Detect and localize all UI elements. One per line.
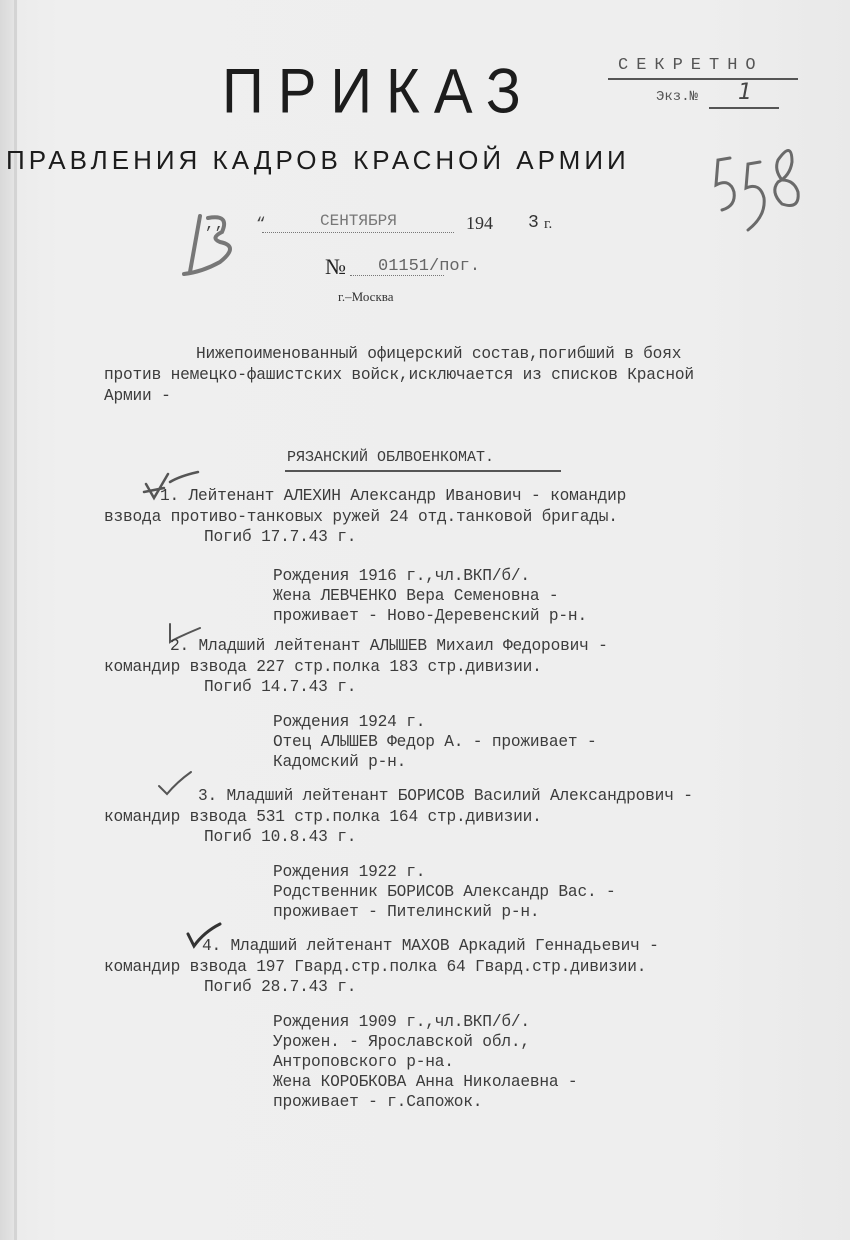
entry-1-detail: проживает - Ново-Деревенский р-н. bbox=[273, 607, 587, 625]
entry-1-line: взвода противо-танковых ружей 24 отд.тан… bbox=[104, 508, 618, 526]
date-year-prefix: 194 bbox=[466, 213, 493, 234]
entry-2-detail: Рождения 1924 г. bbox=[273, 713, 425, 731]
entry-2-line: 2. Младший лейтенант АЛЫШЕВ Михаил Федор… bbox=[170, 637, 608, 655]
classification-stamp: СЕКРЕТНО bbox=[618, 56, 764, 75]
entry-4-detail: Урожен. - Ярославской обл., bbox=[273, 1033, 530, 1051]
check-mark-icon bbox=[155, 770, 195, 798]
entry-4-detail: Жена КОРОБКОВА Анна Николаевна - bbox=[273, 1073, 577, 1091]
entry-4-detail: Рождения 1909 г.,чл.ВКП/б/. bbox=[273, 1013, 530, 1031]
handwritten-page-number: 558 bbox=[700, 140, 820, 250]
entry-3-line: Погиб 10.8.43 г. bbox=[204, 828, 356, 846]
intro-line: Нижепоименованный офицерский состав,поги… bbox=[196, 345, 681, 363]
entry-3-detail: Родственник БОРИСОВ Александр Вас. - bbox=[273, 883, 616, 901]
date-month: СЕНТЯБРЯ bbox=[320, 212, 397, 230]
intro-line: Армии - bbox=[104, 387, 171, 405]
copy-underline bbox=[709, 107, 779, 109]
entry-1-detail: Жена ЛЕВЧЕНКО Вера Семеновна - bbox=[273, 587, 558, 605]
city: г.–Москва bbox=[338, 289, 394, 305]
copy-number: 1 bbox=[738, 80, 752, 105]
entry-3-line: командир взвода 531 стр.полка 164 стр.ди… bbox=[104, 808, 542, 826]
copy-label: Экз.№ bbox=[656, 89, 698, 105]
document-page: ПРИКАЗ ПРАВЛЕНИЯ КАДРОВ КРАСНОЙ АРМИИ СЕ… bbox=[0, 0, 850, 1240]
entry-3-line: 3. Младший лейтенант БОРИСОВ Василий Але… bbox=[198, 787, 693, 805]
entry-2-line: командир взвода 227 стр.полка 183 стр.ди… bbox=[104, 658, 542, 676]
date-year-unit: г. bbox=[544, 216, 552, 233]
entry-4-detail: проживает - г.Сапожок. bbox=[273, 1093, 482, 1111]
date-dotted-line bbox=[262, 232, 454, 233]
date-open-quote: ,, bbox=[205, 215, 224, 233]
entry-2-detail: Кадомский р-н. bbox=[273, 753, 406, 771]
entry-3-detail: проживает - Пителинский р-н. bbox=[273, 903, 539, 921]
entry-1-line: 1. Лейтенант АЛЕХИН Александр Иванович -… bbox=[160, 487, 626, 505]
entry-4-detail: Антроповского р-на. bbox=[273, 1053, 454, 1071]
document-title: ПРИКАЗ bbox=[222, 55, 535, 127]
order-number-sign: № bbox=[325, 254, 346, 280]
date-close-quote: “ bbox=[256, 215, 266, 233]
entry-4-line: 4. Младший лейтенант МАХОВ Аркадий Генна… bbox=[202, 937, 659, 955]
document-subtitle: ПРАВЛЕНИЯ КАДРОВ КРАСНОЙ АРМИИ bbox=[6, 145, 630, 176]
classification-underline bbox=[608, 78, 798, 80]
entry-4-line: командир взвода 197 Гвард.стр.полка 64 Г… bbox=[104, 958, 646, 976]
intro-line: против немецко-фашистских войск,исключае… bbox=[104, 366, 694, 384]
entry-1-line: Погиб 17.7.43 г. bbox=[204, 528, 356, 546]
entry-3-detail: Рождения 1922 г. bbox=[273, 863, 425, 881]
section-heading: РЯЗАНСКИЙ ОБЛВОЕНКОМАТ. bbox=[287, 449, 494, 466]
page-fold-shadow bbox=[14, 0, 17, 1240]
entry-1-detail: Рождения 1916 г.,чл.ВКП/б/. bbox=[273, 567, 530, 585]
entry-2-detail: Отец АЛЫШЕВ Федор А. - проживает - bbox=[273, 733, 596, 751]
entry-2-line: Погиб 14.7.43 г. bbox=[204, 678, 356, 696]
section-underline bbox=[285, 470, 561, 472]
entry-4-line: Погиб 28.7.43 г. bbox=[204, 978, 356, 996]
order-number: 01151/пог. bbox=[378, 257, 480, 276]
date-year-suffix: 3 bbox=[528, 213, 539, 233]
